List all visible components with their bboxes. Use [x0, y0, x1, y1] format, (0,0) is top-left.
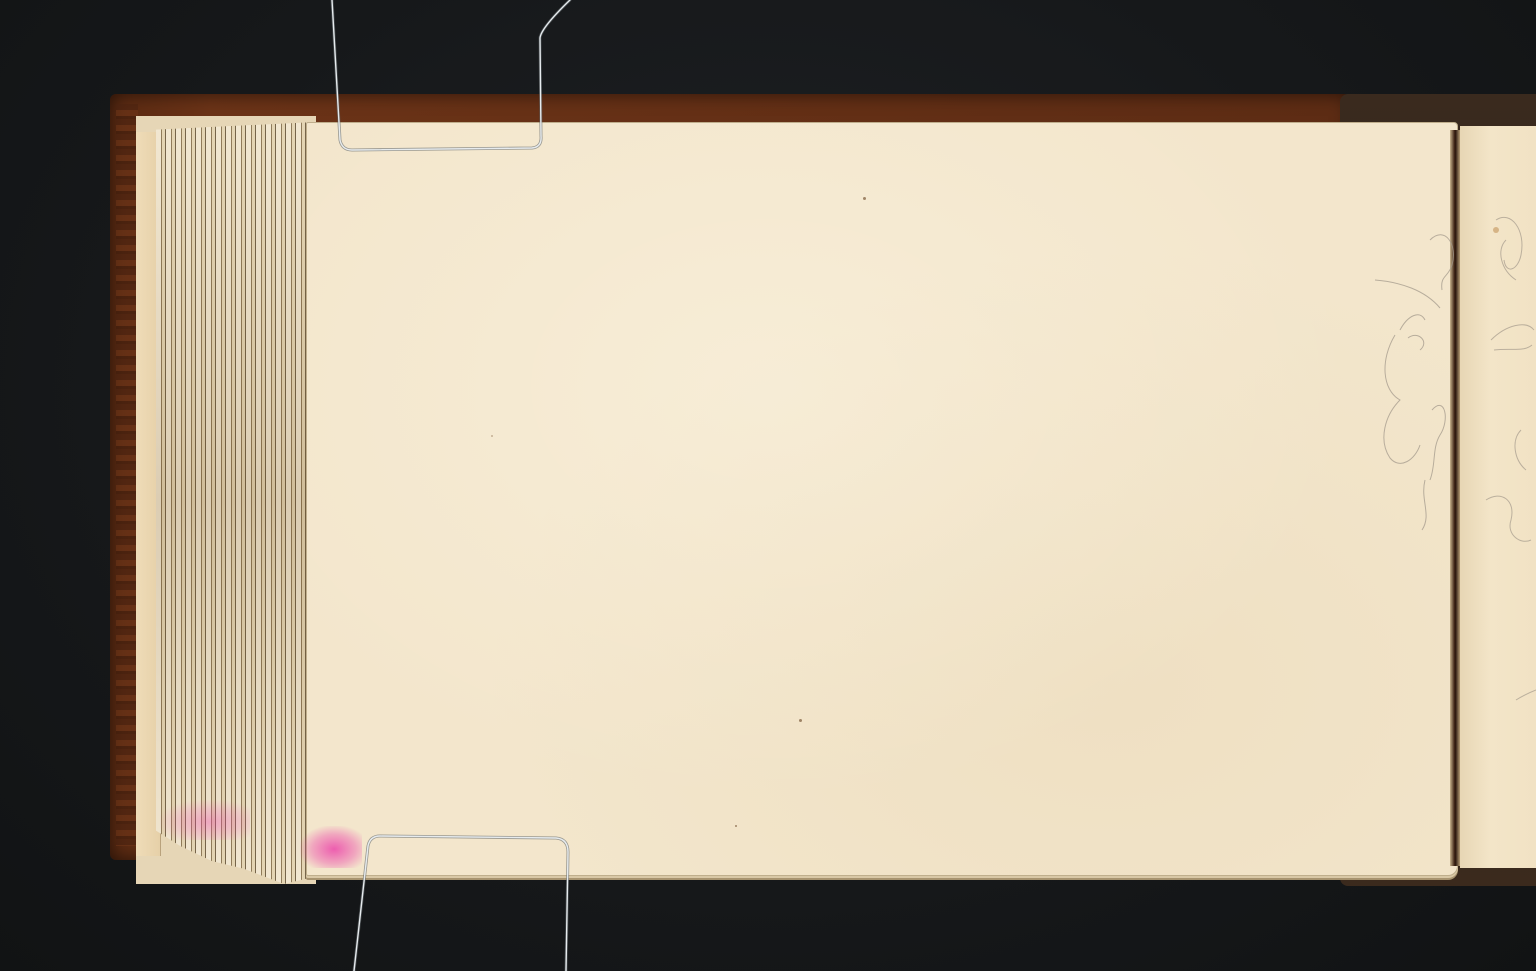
pink-stain: [300, 826, 362, 868]
paper-speck: [799, 719, 802, 722]
pink-stain-faint: [160, 800, 250, 840]
page-edges: [156, 122, 316, 884]
page-edges-stack: [136, 116, 316, 884]
facing-page: [1460, 126, 1536, 868]
photo-scene: [0, 0, 1536, 971]
paper-speck: [491, 435, 493, 437]
paper-speck: [735, 825, 737, 827]
paper-speck: [863, 197, 866, 200]
blank-page: [306, 122, 1458, 876]
gutter: [1450, 130, 1460, 866]
